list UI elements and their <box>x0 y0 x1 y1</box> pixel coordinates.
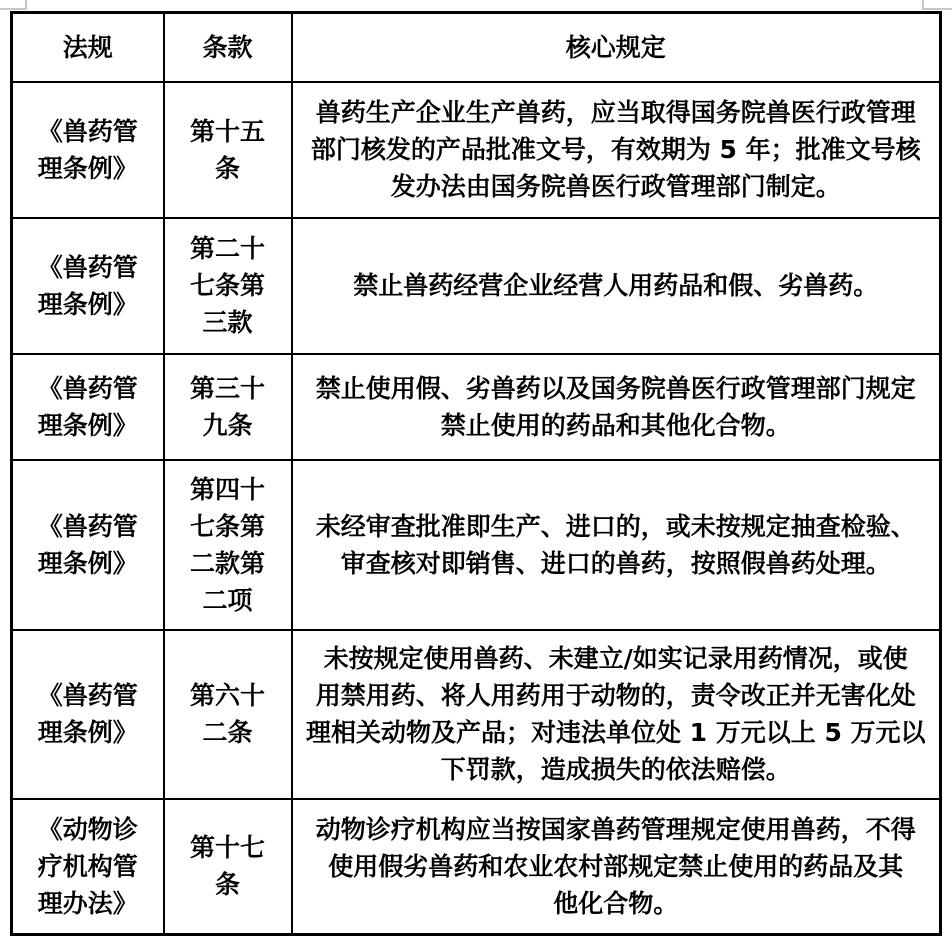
provision-cell: 禁止兽药经营企业经营人用药品和假、劣兽药。 <box>292 218 941 354</box>
provision-cell: 未经审查批准即生产、进口的，或未按规定抽查检验、 审查核对即销售、进口的兽药，按… <box>292 460 941 630</box>
article-cell: 第四十 七条第 二款第 二项 <box>164 460 292 630</box>
header-law: 法规 <box>12 13 164 82</box>
table-row: 《兽药管 理条例》 第六十 二条 未按规定使用兽药、未建立/如实记录用药情况，或… <box>12 630 941 799</box>
law-cell: 《兽药管 理条例》 <box>12 460 164 630</box>
law-cell: 《动物诊 疗机构管 理办法》 <box>12 799 164 935</box>
page-corner-mark-left-vertical <box>25 0 27 10</box>
article-cell: 第十五 条 <box>164 82 292 218</box>
article-cell: 第二十 七条第 三款 <box>164 218 292 354</box>
page-corner-mark-left-horizontal <box>0 8 27 10</box>
page-corner-mark-right-horizontal <box>922 8 952 10</box>
table-row: 《兽药管 理条例》 第三十 九条 禁止使用假、劣兽药以及国务院兽医行政管理部门规… <box>12 354 941 460</box>
table-header-row: 法规 条款 核心规定 <box>12 13 941 82</box>
provision-cell: 兽药生产企业生产兽药，应当取得国务院兽医行政管理 部门核发的产品批准文号，有效期… <box>292 82 941 218</box>
law-cell: 《兽药管 理条例》 <box>12 218 164 354</box>
provision-cell: 未按规定使用兽药、未建立/如实记录用药情况，或使 用禁用药、将人用药用于动物的，… <box>292 630 941 799</box>
header-article: 条款 <box>164 13 292 82</box>
header-provision: 核心规定 <box>292 13 941 82</box>
table-row: 《兽药管 理条例》 第二十 七条第 三款 禁止兽药经营企业经营人用药品和假、劣兽… <box>12 218 941 354</box>
table-row: 《兽药管 理条例》 第四十 七条第 二款第 二项 未经审查批准即生产、进口的，或… <box>12 460 941 630</box>
provision-cell: 动物诊疗机构应当按国家兽药管理规定使用兽药，不得 使用假劣兽药和农业农村部规定禁… <box>292 799 941 935</box>
law-cell: 《兽药管 理条例》 <box>12 630 164 799</box>
table-row: 《兽药管 理条例》 第十五 条 兽药生产企业生产兽药，应当取得国务院兽医行政管理… <box>12 82 941 218</box>
regulations-table: 法规 条款 核心规定 《兽药管 理条例》 第十五 条 兽药生产企业生产兽药，应当… <box>10 11 942 936</box>
provision-cell: 禁止使用假、劣兽药以及国务院兽医行政管理部门规定 禁止使用的药品和其他化合物。 <box>292 354 941 460</box>
table-row: 《动物诊 疗机构管 理办法》 第十七 条 动物诊疗机构应当按国家兽药管理规定使用… <box>12 799 941 935</box>
article-cell: 第三十 九条 <box>164 354 292 460</box>
law-cell: 《兽药管 理条例》 <box>12 354 164 460</box>
document-page: 法规 条款 核心规定 《兽药管 理条例》 第十五 条 兽药生产企业生产兽药，应当… <box>0 0 952 950</box>
article-cell: 第十七 条 <box>164 799 292 935</box>
law-cell: 《兽药管 理条例》 <box>12 82 164 218</box>
article-cell: 第六十 二条 <box>164 630 292 799</box>
